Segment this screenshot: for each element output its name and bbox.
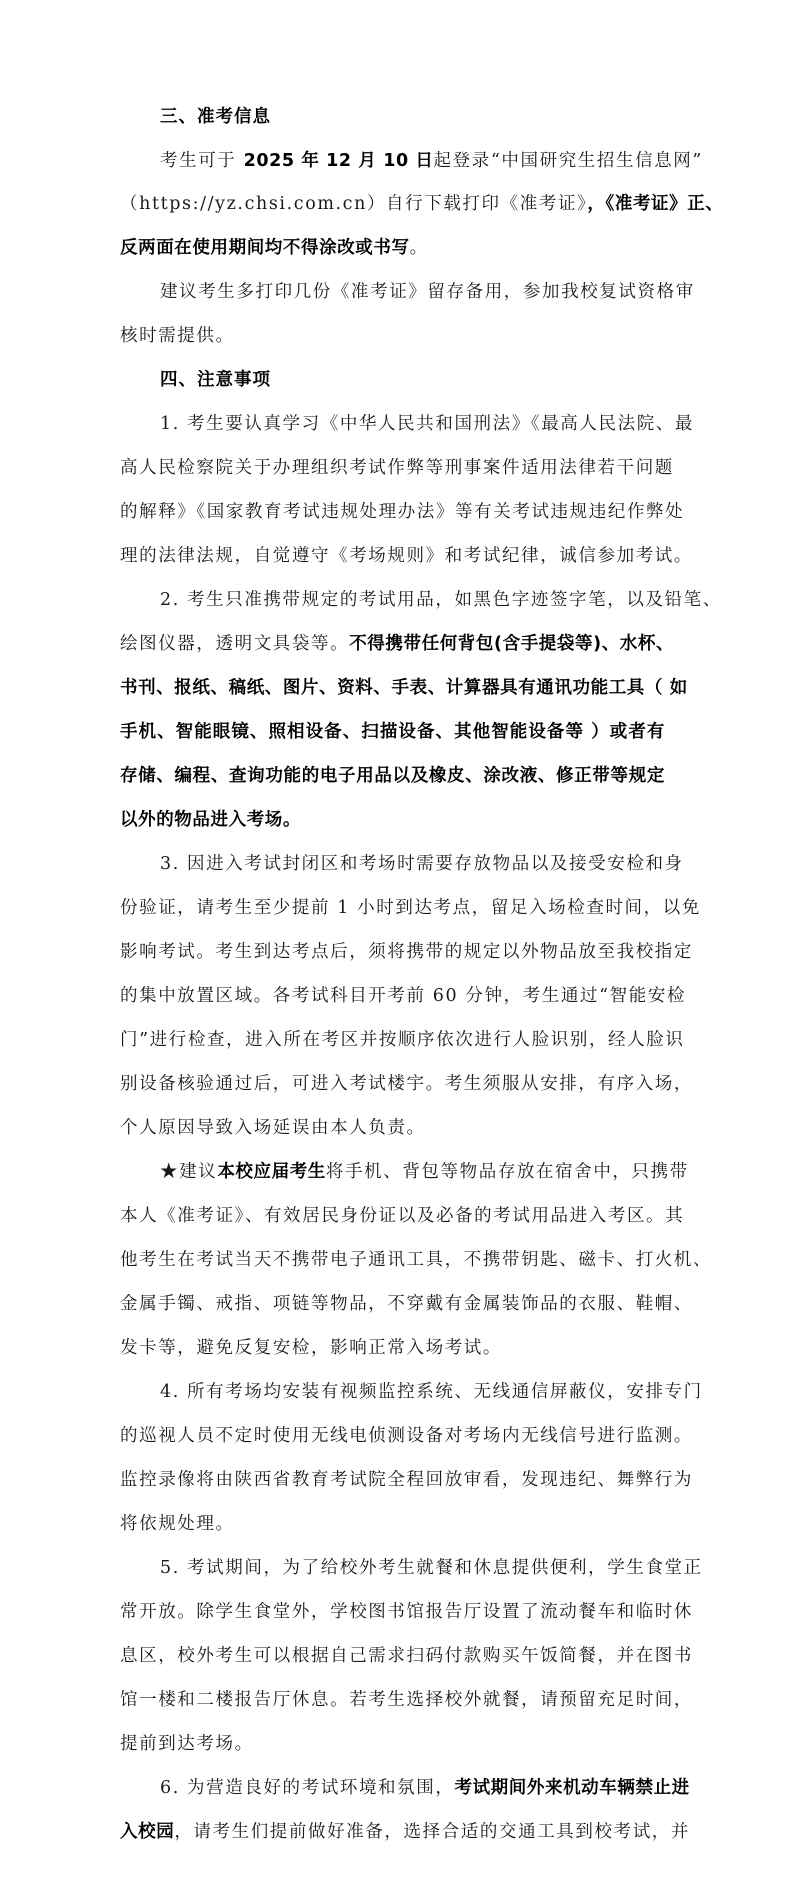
paragraph-line: 的解释》《国家教育考试违规处理办法》等有关考试违规违纪作弊处 bbox=[120, 500, 665, 524]
paragraph-line: 核时需提供。 bbox=[120, 324, 665, 348]
text: 将手机、背包等物品存放在宿舍中，只携带 bbox=[326, 1162, 689, 1182]
paragraph-line: 常开放。除学生食堂外，学校图书馆报告厅设置了流动餐车和临时休 bbox=[120, 1600, 665, 1624]
paragraph-line: 4. 所有考场均安装有视频监控系统、无线通信屏蔽仪，安排专门 bbox=[160, 1380, 665, 1404]
paragraph-line: 3. 因进入考试封闭区和考场时需要存放物品以及接受安检和身 bbox=[160, 852, 665, 876]
bold-text: 反两面在使用期间均不得涂改或书写 bbox=[120, 238, 410, 258]
paragraph-line: 提前到达考场。 bbox=[120, 1732, 665, 1756]
section-heading-admission-info: 三、准考信息 bbox=[160, 105, 665, 129]
bold-text: 入校园 bbox=[120, 1822, 174, 1842]
text: 6. 为营造良好的考试环境和氛围， bbox=[160, 1778, 454, 1798]
paragraph-line: 考生可于 2025 年 12 月 10 日起登录“中国研究生招生信息网” bbox=[160, 149, 665, 173]
paragraph-line: ★建议本校应届考生将手机、背包等物品存放在宿舍中，只携带 bbox=[160, 1160, 665, 1184]
text: 考生可于 bbox=[160, 151, 244, 171]
paragraph-line: 将依规处理。 bbox=[120, 1512, 665, 1536]
paragraph-line: 监控录像将由陕西省教育考试院全程回放审看，发现违纪、舞弊行为 bbox=[120, 1468, 665, 1492]
paragraph-line: 门”进行检查，进入所在考区并按顺序依次进行人脸识别，经人脸识 bbox=[120, 1028, 665, 1052]
bold-text: 考试期间外来机动车辆禁止进 bbox=[454, 1778, 689, 1798]
paragraph-line: 他考生在考试当天不携带电子通讯工具，不携带钥匙、磁卡、打火机、 bbox=[120, 1248, 665, 1272]
document-page: 三、准考信息 考生可于 2025 年 12 月 10 日起登录“中国研究生招生信… bbox=[0, 0, 793, 1889]
paragraph-line: 建议考生多打印几份《准考证》留存备用，参加我校复试资格审 bbox=[160, 280, 665, 304]
paragraph-line: （https://yz.chsi.com.cn）自行下载打印《准考证》，《准考证… bbox=[120, 192, 665, 216]
paragraph-line: 理的法律法规，自觉遵守《考场规则》和考试纪律，诚信参加考试。 bbox=[120, 544, 665, 568]
paragraph-line: 本人《准考证》、有效居民身份证以及必备的考试用品进入考区。其 bbox=[120, 1204, 665, 1228]
paragraph-line: 绘图仪器，透明文具袋等。不得携带任何背包(含手提袋等)、水杯、 bbox=[120, 632, 665, 656]
bold-text: ，《准考证》正、 bbox=[587, 194, 723, 214]
paragraph-line: 发卡等，避免反复安检，影响正常入场考试。 bbox=[120, 1336, 665, 1360]
paragraph-line: 手机、智能眼镜、照相设备、扫描设备、其他智能设备等 ）或者有 bbox=[120, 720, 665, 744]
paragraph-line: 高人民检察院关于办理组织考试作弊等刑事案件适用法律若干问题 bbox=[120, 456, 665, 480]
text: 起登录“中国研究生招生信息网” bbox=[434, 151, 703, 171]
bold-text: 不得携带任何背包(含手提袋等)、水杯、 bbox=[349, 634, 674, 654]
paragraph-line: 别设备核验通过后，可进入考试楼宇。考生须服从安排，有序入场， bbox=[120, 1072, 665, 1096]
paragraph-line: 息区，校外考生可以根据自己需求扫码付款购买午饭简餐，并在图书 bbox=[120, 1644, 665, 1668]
paragraph-line: 2. 考生只准携带规定的考试用品，如黑色字迹签字笔，以及铅笔、 bbox=[160, 588, 665, 612]
bold-text: 本校应届考生 bbox=[217, 1162, 326, 1182]
paragraph-line: 5. 考试期间，为了给校外考生就餐和休息提供便利，学生食堂正 bbox=[160, 1556, 665, 1580]
paragraph-line: 以外的物品进入考场。 bbox=[120, 808, 665, 832]
paragraph-line: 个人原因导致入场延误由本人负责。 bbox=[120, 1116, 665, 1140]
paragraph-line: 6. 为营造良好的考试环境和氛围，考试期间外来机动车辆禁止进 bbox=[160, 1776, 665, 1800]
paragraph-line: 的集中放置区域。各考试科目开考前 60 分钟，考生通过“智能安检 bbox=[120, 984, 665, 1008]
text: 绘图仪器，透明文具袋等。 bbox=[120, 634, 349, 654]
paragraph-line: 书刊、报纸、稿纸、图片、资料、手表、计算器具有通讯功能工具（ 如 bbox=[120, 676, 665, 700]
section-heading-notes: 四、注意事项 bbox=[160, 368, 665, 392]
date-emphasis: 2025 年 12 月 10 日 bbox=[244, 151, 434, 171]
paragraph-line: 份验证，请考生至少提前 1 小时到达考点，留足入场检查时间，以免 bbox=[120, 896, 665, 920]
paragraph-line: 金属手镯、戒指、项链等物品，不穿戴有金属装饰品的衣服、鞋帽、 bbox=[120, 1292, 665, 1316]
text: 。 bbox=[410, 238, 429, 258]
paragraph-line: 的巡视人员不定时使用无线电侦测设备对考场内无线信号进行监测。 bbox=[120, 1424, 665, 1448]
star-icon-text: ★建议 bbox=[160, 1162, 217, 1182]
paragraph-line: 影响考试。考生到达考点后，须将携带的规定以外物品放至我校指定 bbox=[120, 940, 665, 964]
paragraph-line: 入校园，请考生们提前做好准备，选择合适的交通工具到校考试，并 bbox=[120, 1820, 665, 1844]
paragraph-line: 馆一楼和二楼报告厅休息。若考生选择校外就餐，请预留充足时间， bbox=[120, 1688, 665, 1712]
paragraph-line: 1. 考生要认真学习《中华人民共和国刑法》《最高人民法院、最 bbox=[160, 412, 665, 436]
paragraph-line: 存储、编程、查询功能的电子用品以及橡皮、涂改液、修正带等规定 bbox=[120, 764, 665, 788]
url-text: （https://yz.chsi.com.cn）自行下载打印《准考证》 bbox=[120, 194, 587, 214]
text: ，请考生们提前做好准备，选择合适的交通工具到校考试，并 bbox=[174, 1822, 690, 1842]
paragraph-line: 反两面在使用期间均不得涂改或书写。 bbox=[120, 236, 665, 260]
